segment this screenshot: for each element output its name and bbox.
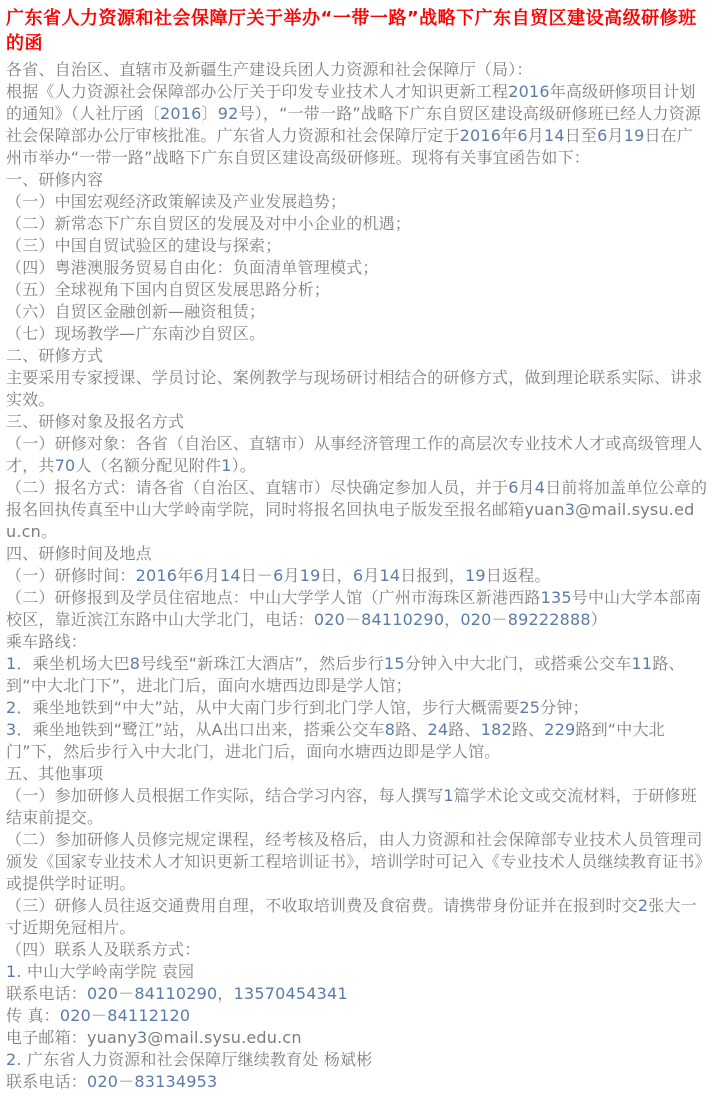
number-text: 13570454341 bbox=[234, 984, 348, 1003]
number-text: 3 bbox=[6, 720, 16, 739]
paragraph: 电子邮箱：yuany3@mail.sysu.edu.cn bbox=[6, 1027, 709, 1049]
number-text: 84110290 bbox=[361, 610, 444, 629]
number-text: 83134953 bbox=[134, 1072, 217, 1091]
paragraph: 主要采用专家授课、学员讨论、案例教学与现场研讨相结合的研修方式，做到理论联系实际… bbox=[6, 367, 709, 411]
number-text: 2016 bbox=[136, 566, 178, 585]
number-text: 020 bbox=[87, 984, 118, 1003]
number-text: 2 bbox=[6, 1050, 16, 1069]
number-text: 70 bbox=[55, 456, 76, 475]
paragraph: （二）参加研修人员修完规定课程，经考核及格后，由人力资源和社会保障部专业技术人员… bbox=[6, 829, 709, 895]
number-text: 020 bbox=[314, 610, 345, 629]
number-text: 3 bbox=[137, 1028, 147, 1047]
paragraph: 3．乘坐地铁到“鹭江”站，从A出口出来，搭乘公交车8路、24路、182路、229… bbox=[6, 719, 709, 763]
number-text: 6 bbox=[193, 566, 203, 585]
number-text: 135 bbox=[541, 588, 572, 607]
paragraph: （四）联系人及联系方式： bbox=[6, 939, 709, 961]
number-text: 1 bbox=[6, 654, 16, 673]
number-text: 6 bbox=[273, 566, 283, 585]
paragraph: （七）现场教学—广东南沙自贸区。 bbox=[6, 323, 709, 345]
paragraph: （一）研修时间：2016年6月14日－6月19日，6月14日报到，19日返程。 bbox=[6, 565, 709, 587]
number-text: 020 bbox=[87, 1072, 118, 1091]
number-text: 14 bbox=[220, 566, 241, 585]
number-text: 2 bbox=[638, 896, 648, 915]
number-text: 89222888 bbox=[508, 610, 591, 629]
number-text: 25 bbox=[519, 698, 540, 717]
number-text: 020 bbox=[460, 610, 491, 629]
number-text: 2016 bbox=[460, 126, 502, 145]
paragraph: 2. 广东省人力资源和社会保障厅继续教育处 杨斌彬 bbox=[6, 1049, 709, 1071]
paragraph: （五）全球视角下国内自贸区发展思路分析； bbox=[6, 279, 709, 301]
number-text: 6 bbox=[597, 126, 607, 145]
number-text: 11 bbox=[632, 654, 653, 673]
paragraph: （三）中国自贸试验区的建设与探索； bbox=[6, 235, 709, 257]
number-text: 2 bbox=[6, 698, 16, 717]
paragraph: （一）中国宏观经济政策解读及产业发展趋势； bbox=[6, 191, 709, 213]
paragraph: 1. 中山大学岭南学院 袁园 bbox=[6, 961, 709, 983]
document-title: 广东省人力资源和社会保障厅关于举办“一带一路”战略下广东自贸区建设高级研修班的函 bbox=[6, 6, 709, 56]
paragraph: （二）研修报到及学员住宿地点：中山大学学人馆（广州市海珠区新港西路135号中山大… bbox=[6, 587, 709, 631]
paragraph: 二、研修方式 bbox=[6, 345, 709, 367]
paragraph: 联系电话：020－83134953 bbox=[6, 1071, 709, 1093]
paragraph: 四、研修时间及地点 bbox=[6, 543, 709, 565]
number-text: 14 bbox=[379, 566, 400, 585]
number-text: 2016 bbox=[160, 104, 202, 123]
document-page: 广东省人力资源和社会保障厅关于举办“一带一路”战略下广东自贸区建设高级研修班的函… bbox=[0, 0, 716, 1103]
paragraph: 联系电话：020－84110290，13570454341 bbox=[6, 983, 709, 1005]
number-text: 1 bbox=[443, 786, 453, 805]
number-text: 3 bbox=[565, 500, 575, 519]
number-text: 19 bbox=[624, 126, 645, 145]
paragraph: 乘车路线： bbox=[6, 631, 709, 653]
paragraph: （二）报名方式：请各省（自治区、直辖市）尽快确定参加人员，并于6月4日前将加盖单… bbox=[6, 477, 709, 543]
number-text: 020 bbox=[60, 1006, 91, 1025]
paragraph: （三）研修人员往返交通费用自理，不收取培训费及食宿费。请携带身份证并在报到时交2… bbox=[6, 895, 709, 939]
number-text: 84112120 bbox=[107, 1006, 190, 1025]
number-text: 6 bbox=[353, 566, 363, 585]
paragraph: 三、研修对象及报名方式 bbox=[6, 411, 709, 433]
number-text: 2016 bbox=[508, 82, 550, 101]
paragraph: 五、其他事项 bbox=[6, 763, 709, 785]
number-text: 15 bbox=[384, 654, 405, 673]
document-body: 各省、自治区、直辖市及新疆生产建设兵团人力资源和社会保障厅（局）：根据《人力资源… bbox=[6, 59, 709, 1093]
paragraph: （一）研修对象：各省（自治区、直辖市）从事经济管理工作的高层次专业技术人才或高级… bbox=[6, 433, 709, 477]
number-text: 14 bbox=[544, 126, 565, 145]
number-text: 19 bbox=[465, 566, 486, 585]
paragraph: （六）自贸区金融创新—融资租赁； bbox=[6, 301, 709, 323]
paragraph: （一）参加研修人员根据工作实际，结合学习内容，每人撰写1篇学术论文或交流材料，于… bbox=[6, 785, 709, 829]
number-text: 1 bbox=[221, 456, 231, 475]
number-text: 8 bbox=[130, 654, 140, 673]
number-text: 92 bbox=[218, 104, 239, 123]
number-text: 6 bbox=[517, 126, 527, 145]
paragraph: （二）新常态下广东自贸区的发展及对中小企业的机遇； bbox=[6, 213, 709, 235]
number-text: 6 bbox=[508, 478, 518, 497]
paragraph: 各省、自治区、直辖市及新疆生产建设兵团人力资源和社会保障厅（局）： bbox=[6, 59, 709, 81]
number-text: 8 bbox=[385, 720, 395, 739]
number-text: 4 bbox=[535, 478, 545, 497]
number-text: 19 bbox=[300, 566, 321, 585]
paragraph: （四）粤港澳服务贸易自由化：负面清单管理模式； bbox=[6, 257, 709, 279]
number-text: 229 bbox=[544, 720, 575, 739]
number-text: 1 bbox=[6, 962, 16, 981]
paragraph: 1．乘坐机场大巴8号线至“新珠江大酒店”，然后步行15分钟入中大北门，或搭乘公交… bbox=[6, 653, 709, 697]
number-text: 84110290 bbox=[134, 984, 217, 1003]
paragraph: 根据《人力资源社会保障部办公厅关于印发专业技术人才知识更新工程2016年高级研修… bbox=[6, 81, 709, 169]
paragraph: 2．乘坐地铁到“中大”站，从中大南门步行到北门学人馆，步行大概需要25分钟； bbox=[6, 697, 709, 719]
number-text: 182 bbox=[481, 720, 512, 739]
paragraph: 传 真：020－84112120 bbox=[6, 1005, 709, 1027]
paragraph: 一、研修内容 bbox=[6, 169, 709, 191]
number-text: 24 bbox=[428, 720, 449, 739]
